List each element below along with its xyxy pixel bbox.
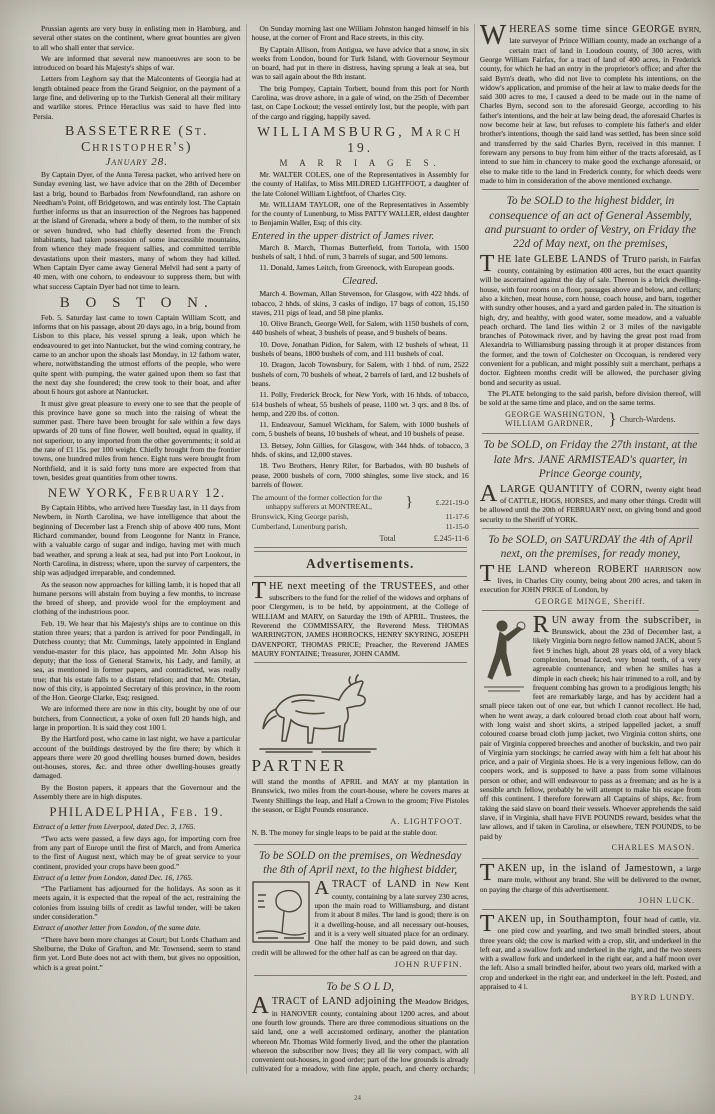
news-paragraph: By the Hartford post, who came in last n… [33,734,241,780]
collection-amount: 11-15-0 [415,522,469,531]
drop-cap: R [533,615,552,635]
marriages-heading: M A R R I A G E S. [252,158,469,168]
section-rule [482,189,699,190]
partner-stud-ad: PARTNER will stand the months of APRIL a… [252,667,469,839]
news-paragraph: Feb. 19. We hear that his Majesty's ship… [33,619,241,703]
column-left: Prussian agents are very busy in enlisti… [33,24,241,1074]
news-paragraph: It must give great pleasure to every one… [33,399,241,483]
drop-cap: T [480,564,498,584]
sale-lead: TRACT of LAND in [332,879,431,890]
warden-name: GEORGE WASHINGTON, [505,410,605,419]
notice-body: and other subscribers to the fund for th… [252,582,469,658]
brace-glyph: } [605,409,619,429]
notice-lead: AKEN up, in the island of Jamestown, [497,863,675,874]
notice-body: head of cattle, viz. one pied cow and ye… [480,915,701,991]
sale-heading: To be SOLD, on Friday the 27th instant, … [482,438,699,481]
news-paragraph: As the season now approaches for killing… [33,580,241,617]
nota-bene: N. B. The money for single leaps to be p… [252,828,469,837]
entered-heading: Entered in the upper district of James r… [252,231,469,242]
news-paragraph: Feb. 5. Saturday last came to town Capta… [33,313,241,397]
ship-clearance: 11. Endeavour, Samuel Wickham, for Salem… [252,420,469,439]
collection-label: The amount of the former collection for … [252,493,404,511]
dateline-newyork: NEW YORK, February 12. [33,485,241,501]
column-center: On Sunday morning last one William Johns… [252,24,469,1074]
glebe-lands-ad: THE late GLEBE LANDS of Truro parish, in… [480,254,701,387]
signature: JOHN RUFFIN. [252,959,463,969]
marriage-notice: Mr. WILLIAM TAYLOR, one of the Represent… [252,200,469,228]
sale-heading: To be S O L D, [254,980,467,994]
ship-entry: 11. Donald, James Leitch, from Greenock,… [252,263,469,272]
news-paragraph: By Captain Dyer, of the Anna Teresa pack… [33,170,241,291]
ship-entry: March 8. March, Thomas Butterfield, from… [252,243,469,262]
ship-clearance: 11. Polly, Frederick Brock, for New York… [252,390,469,418]
signature: GEORGE MINGE, Sheriff. [480,597,701,606]
notice-body: BYRN, late surveyor of Prince William co… [480,25,701,185]
taken-up-jamestown-ad: TAKEN up, in the island of Jamestown, a … [480,863,701,894]
page-number: 24 [0,1094,715,1102]
news-paragraph: The brig Pompey, Captain Torbett, bound … [252,84,469,121]
section-rule [254,576,467,577]
collection-label-line: The amount of the former collection for … [252,493,404,502]
collection-amount: 11-17-6 [415,512,469,521]
total-label: Total [379,534,395,543]
column-rule [474,24,475,1074]
news-paragraph: We are informed there are now in this ci… [33,704,241,732]
plate-notice: The PLATE belonging to the said parish, … [480,389,701,408]
page-sheet: Prussian agents are very busy in enlisti… [33,24,701,1074]
section-rule [254,975,467,976]
sale-heading: To be SOLD on the premises, on Wednesday… [254,849,467,878]
runaway-figure-icon [480,617,528,693]
letter-extract: “There have been more changes at Court; … [33,935,241,972]
news-paragraph: By Captain Allison, from Antigua, we hav… [252,45,469,82]
sale-body-text: Meadow Bridges, in HANOVER county, conta… [252,997,469,1074]
dateline-date: January 28. [33,156,241,168]
sale-lead: HE late GLEBE LANDS of Truro [497,254,646,265]
total-amount: £.245-11-6 [434,534,469,543]
newspaper-page: Prussian agents are very busy in enlisti… [0,0,715,1114]
table-row: Cumberland, Lunenburg parish, 11-15-0 [252,522,469,531]
section-rule [254,844,467,845]
letter-extract-heading: Extract of a letter from Liverpool, date… [33,822,241,831]
collection-label: Cumberland, Lunenburg parish, [252,522,415,531]
column-rule [246,24,247,1074]
sale-heading: To be SOLD to the highest bidder, in con… [482,194,699,252]
ship-clearance: March 4. Bowman, Allan Stevenson, for Gl… [252,289,469,317]
letter-extract: “The Parliament has adjourned for the ho… [33,884,241,921]
warden-names: GEORGE WASHINGTON, WILLIAM GARDNER, [505,410,605,428]
sale-lead: HE LAND whereon ROBERT [497,564,638,575]
signature: BYRD LUNDY. [480,993,695,1002]
signature: JOHN LUCK. [480,896,695,905]
partner-body: will stand the months of APRIL and MAY a… [252,777,469,814]
notice-lead: AKEN up, in Southampton, four [497,914,641,925]
whereas-notice: WHEREAS some time since GEORGE BYRN, lat… [480,24,701,185]
warden-title: Church-Wardens. [620,415,676,424]
sale-body-text: parish, in Fairfax county, containing by… [480,255,701,387]
drop-cap: W [480,24,509,46]
dateline-williamsburg: WILLIAMSBURG, March 19. [252,124,469,156]
ship-clearance: 10. Dove, Jonathan Pidion, for Salem, wi… [252,340,469,359]
drop-cap: T [480,914,498,934]
drop-cap: T [480,863,498,883]
drop-cap: A [315,879,332,896]
letter-extract: “Two acts were passed, a few days ago, f… [33,834,241,871]
advertisements-heading: Advertisements. [252,556,469,572]
sale-lead: TRACT of LAND adjoining the [272,996,413,1007]
news-paragraph: Prussian agents are very busy in enlisti… [33,24,241,52]
table-row: Brunswick, King George parish, 11-17-6 [252,512,469,521]
notice-lead: HEREAS some time since GEORGE [509,24,675,35]
section-rule [254,547,467,552]
ship-clearance: 10. Dragon, Jacob Townsbury, for Salem, … [252,360,469,388]
notice-lead: UN away from the subscriber, [552,615,692,626]
ship-clearance: 10. Olive Branch, George Well, for Salem… [252,319,469,338]
section-rule [482,858,699,859]
signature: A. LIGHTFOOT. [252,816,463,826]
ship-clearance: 18. Two Brothers, Henry Riler, for Barba… [252,461,469,489]
cleared-heading: Cleared. [252,276,469,289]
drop-cap: T [252,581,270,601]
taken-up-southampton-ad: TAKEN up, in Southampton, four head of c… [480,914,701,991]
column-right: WHEREAS some time since GEORGE BYRN, lat… [480,24,701,1074]
drop-cap: A [480,484,500,504]
marriage-notice: Mr. WALTER COLES, one of the Representat… [252,170,469,198]
tree-woodcut-icon [252,881,310,943]
horse-woodcut-icon [252,669,384,755]
dateline-boston: B O S T O N. [33,295,241,312]
section-rule [482,610,699,611]
collection-label-line: unhappy sufferers at MONTREAL, [252,502,404,511]
news-paragraph: We are informed that several new manoeuv… [33,54,241,73]
signature: CHARLES MASON. [480,843,695,852]
letter-extract-heading: Extract of a letter from London, dated D… [33,873,241,882]
letter-extract-heading: Extract of another letter from London, o… [33,923,241,932]
table-row: The amount of the former collection for … [252,493,469,511]
news-paragraph: On Sunday morning last one William Johns… [252,24,469,43]
trustees-notice: THE next meeting of the TRUSTEES, and ot… [252,581,469,658]
sale-heading: To be SOLD, on SATURDAY the 4th of April… [482,533,699,562]
ship-clearance: 13. Betsey, John Gillies, for Glasgow, w… [252,441,469,460]
collection-label: Brunswick, King George parish, [252,512,415,521]
news-paragraph: By Captain Hibbs, who arrived here Tuesd… [33,503,241,577]
table-total-row: Total £.245-11-6 [252,534,469,543]
brace-glyph: } [404,494,415,511]
news-paragraph: By the Boston papers, it appears that th… [33,783,241,802]
trueheart-land-ad: ATRACT of LAND adjoining the Meadow Brid… [252,996,469,1074]
section-rule [482,433,699,434]
harrison-land-ad: THE LAND whereon ROBERT HARRISON now liv… [480,564,701,595]
news-paragraph: Letters from Leghorn say that the Malcon… [33,74,241,120]
collection-amount: £.221-19-0 [415,498,469,507]
notice-lead: HE next meeting of the TRUSTEES, [269,581,436,592]
dateline-philadelphia: PHILADELPHIA, Feb. 19. [33,804,241,820]
drop-cap: T [480,254,498,274]
section-rule [482,528,699,529]
armistead-sale-ad: ALARGE QUANTITY of CORN, twenty eight he… [480,484,701,524]
section-rule [482,909,699,910]
dateline-basseterre: BASSETERRE (St. Christopher's) January 2… [33,124,241,168]
church-wardens-signature: GEORGE WASHINGTON, WILLIAM GARDNER, } Ch… [480,409,701,429]
section-rule [254,662,467,663]
sale-lead: LARGE QUANTITY of CORN, [500,484,643,495]
dateline-city: BASSETERRE (St. Christopher's) [65,124,208,155]
collection-table: The amount of the former collection for … [252,493,469,543]
drop-cap: A [252,996,272,1016]
ruffin-land-ad: ATRACT of LAND in New Kent county, conta… [252,879,469,970]
warden-name: WILLIAM GARDNER, [505,419,605,428]
runaway-ad: RUN away from the subscriber, in Brunswi… [480,615,701,854]
